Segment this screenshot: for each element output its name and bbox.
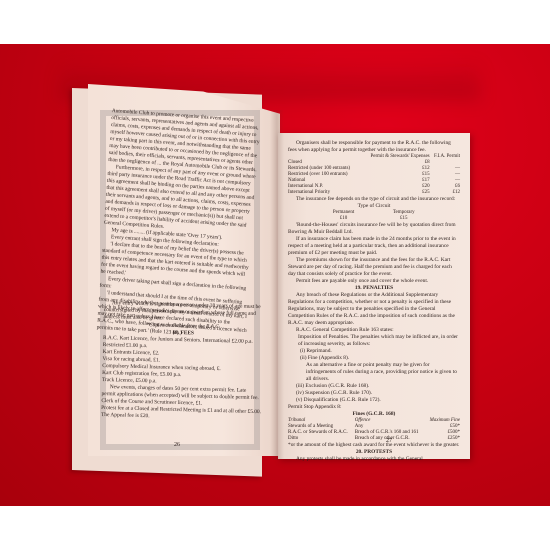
list-item: As an alternative a fine or point penalt… [288,362,460,383]
permit-fee-table: Permit & Stewards' Expenses F.I.A. Permi… [288,154,460,196]
section-heading-penalties: 19. PENALTIES [288,285,460,292]
paragraph: The premiums shown for the insurance and… [288,257,460,278]
booklet-spine [270,110,284,460]
paragraph: Any entry which is signed by a person un… [103,300,263,325]
paragraph: R.A.C. General Competition Rule 163 stat… [288,327,460,334]
right-page-body: Organisers shall be responsible for paym… [288,140,460,463]
paragraph: Permit fees are payable only once and co… [288,278,460,285]
paragraph: Any protests shall be made in accordance… [288,456,460,463]
paragraph: Imposition of Penalties. The penalties w… [288,334,460,348]
list-item: (iv) Suspension (G.C.R. Rule 170). [288,390,460,397]
page-number-right: 27 [386,438,392,444]
list-item: (iii) Exclusion (G.C.R. Rule 168). [288,383,460,390]
paragraph: Permit Stop Appendix 8: [288,404,460,411]
list-item: (v) Disqualification (G.C.R. Rule 172). [288,397,460,404]
circuit-table: PermanentTemporary £10£15 [314,210,434,222]
fines-table: Tribunal Offence Maximum Fine Stewards o… [288,418,460,442]
list-item: (i) Reprimand. [288,348,460,355]
intro: Organisers shall be responsible for paym… [288,140,460,154]
fines-title: Fines (G.C.R. 168) [288,411,460,418]
section-heading-protests: 20. PROTESTS [288,449,460,456]
paragraph: Automobile Club to promote or organise t… [108,108,262,174]
paragraph: Any breach of these Regulations or the A… [288,292,460,327]
paragraph: If an insurance claim has been made in t… [288,236,460,257]
list-item: (ii) Fine (Appendix 8). [288,355,460,362]
circuit-title: Type of Circuit [288,203,460,210]
paragraph: 'Round-the-Houses' circuits insurance fe… [288,222,460,236]
paragraph: Furthermore, in respect of any part of a… [104,164,258,237]
page-number-left: 26 [174,442,180,448]
left-page-lower: Any entry which is signed by a person un… [101,300,264,423]
insurance-note: The insurance fee depends on the type of… [288,196,460,203]
footnote: *or the amount of the highest cash award… [288,442,460,449]
